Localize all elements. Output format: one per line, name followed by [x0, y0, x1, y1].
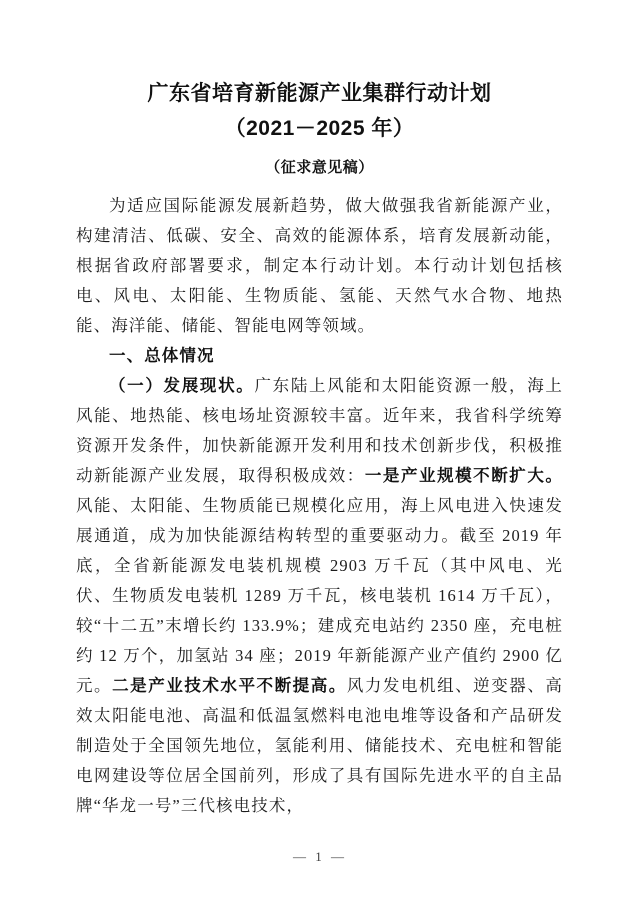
- document-page: 广东省培育新能源产业集群行动计划 （2021－2025 年） （征求意见稿） 为…: [0, 0, 640, 905]
- text-run: 风能、太阳能、生物质能已规模化应用，海上风电进入快速发展通道，成为加快能源结构转…: [76, 496, 563, 695]
- page-number: — 1 —: [0, 849, 640, 865]
- text-run: 风力发电机组、逆变器、高效太阳能电池、高温和低温氢燃料电池电堆等设备和产品研发制…: [76, 676, 563, 815]
- text-run: 一是产业规模不断扩大。: [365, 466, 563, 485]
- text-run: 二是产业技术水平不断提高。: [112, 676, 347, 695]
- text-run: 为适应国际能源发展新趋势，做大做强我省新能源产业，构建清洁、低碳、安全、高效的能…: [76, 196, 563, 335]
- body-paragraph: 为适应国际能源发展新趋势，做大做强我省新能源产业，构建清洁、低碳、安全、高效的能…: [76, 191, 563, 341]
- document-title-line1: 广东省培育新能源产业集群行动计划: [76, 76, 563, 111]
- document-title-line2: （2021－2025 年）: [76, 111, 563, 146]
- section-heading: 一、总体情况: [76, 341, 563, 371]
- document-subtitle: （征求意见稿）: [76, 157, 563, 179]
- body-paragraph: （一）发展现状。广东陆上风能和太阳能资源一般，海上风能、地热能、核电场址资源较丰…: [76, 371, 563, 821]
- text-run: 一、总体情况: [109, 347, 215, 365]
- text-run: （一）发展现状。: [109, 376, 254, 395]
- document-body: 为适应国际能源发展新趋势，做大做强我省新能源产业，构建清洁、低碳、安全、高效的能…: [76, 191, 563, 821]
